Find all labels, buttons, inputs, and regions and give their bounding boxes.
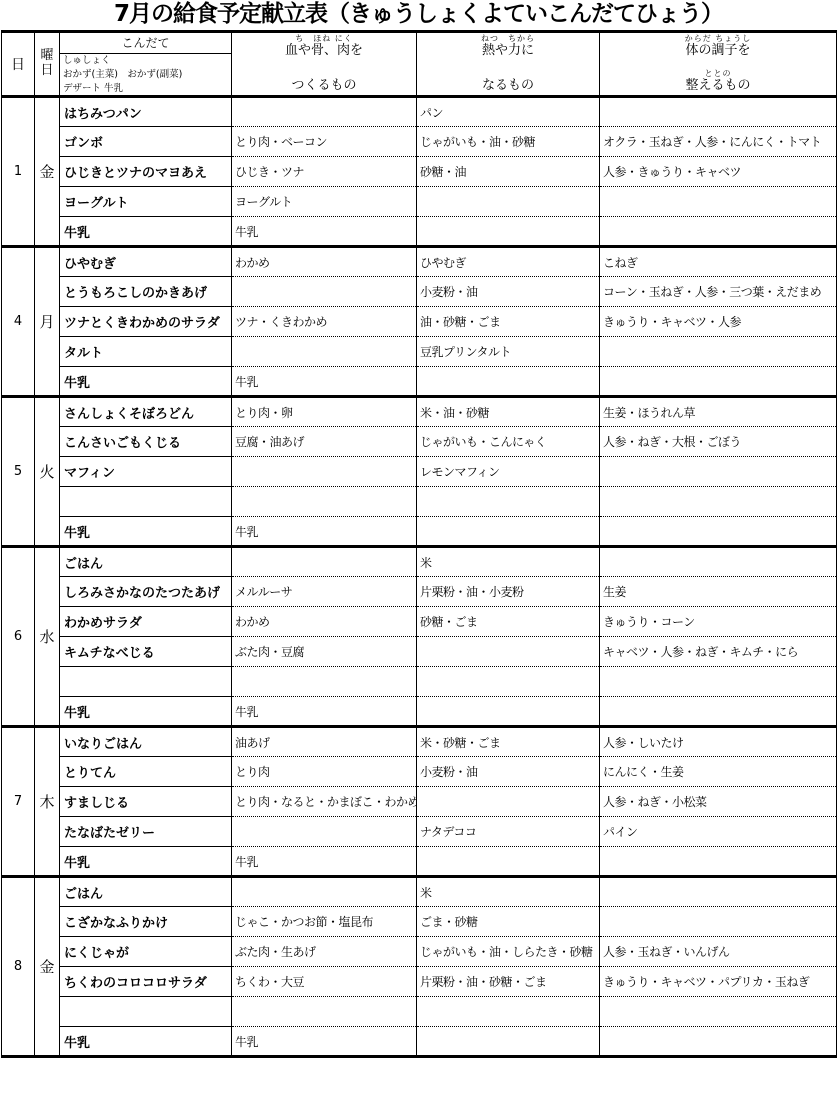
- menu-item-cell: すましじる: [60, 787, 232, 817]
- vitamin-ingredients-cell: [600, 997, 837, 1027]
- energy-ingredients-cell: 片栗粉・油・小麦粉: [417, 577, 600, 607]
- menu-row: 牛乳牛乳: [2, 1027, 837, 1057]
- menu-item-cell: [60, 487, 232, 517]
- menu-row: [2, 487, 837, 517]
- protein-ingredients-cell: メルルーサ: [232, 577, 417, 607]
- menu-row: 牛乳牛乳: [2, 217, 837, 247]
- vitamin-ingredients-cell: こねぎ: [600, 247, 837, 277]
- header-energy-furigana: ねつ ちから: [481, 34, 535, 43]
- day-number-cell: 1: [2, 97, 35, 247]
- vitamin-ingredients-cell: [600, 697, 837, 727]
- vitamin-ingredients-cell: [600, 517, 837, 547]
- energy-ingredients-cell: [417, 847, 600, 877]
- menu-row: しろみさかなのたつたあげメルルーサ片栗粉・油・小麦粉生姜: [2, 577, 837, 607]
- energy-ingredients-cell: [417, 997, 600, 1027]
- protein-ingredients-cell: [232, 457, 417, 487]
- vitamin-ingredients-cell: 生姜: [600, 577, 837, 607]
- energy-ingredients-cell: [417, 517, 600, 547]
- menu-item-cell: とうもろこしのかきあげ: [60, 277, 232, 307]
- header-energy-column: ねつ ちから 熱や力に なるもの: [417, 32, 600, 97]
- protein-ingredients-cell: [232, 337, 417, 367]
- protein-ingredients-cell: ぶた肉・生あげ: [232, 937, 417, 967]
- menu-row: マフィンレモンマフィン: [2, 457, 837, 487]
- energy-ingredients-cell: 片栗粉・油・砂糖・ごま: [417, 967, 600, 997]
- vitamin-ingredients-cell: [600, 367, 837, 397]
- menu-row: 6水ごはん米: [2, 547, 837, 577]
- menu-item-cell: ごはん: [60, 877, 232, 907]
- menu-item-cell: いなりごはん: [60, 727, 232, 757]
- protein-ingredients-cell: 豆腐・油あげ: [232, 427, 417, 457]
- menu-item-cell: ごはん: [60, 547, 232, 577]
- day-number-cell: 7: [2, 727, 35, 877]
- header-protein-furigana: ち ほね にく: [295, 34, 353, 43]
- energy-ingredients-cell: レモンマフィン: [417, 457, 600, 487]
- energy-ingredients-cell: 小麦粉・油: [417, 277, 600, 307]
- page-title: 7月の給食予定献立表（きゅうしょくよていこんだてひょう）: [0, 0, 837, 30]
- header-vitamin-line2: 整えるもの: [685, 78, 750, 93]
- menu-item-cell: しろみさかなのたつたあげ: [60, 577, 232, 607]
- menu-row: キムチなべじるぶた肉・豆腐キャベツ・人参・ねぎ・キムチ・にら: [2, 637, 837, 667]
- energy-ingredients-cell: [417, 637, 600, 667]
- protein-ingredients-cell: 牛乳: [232, 367, 417, 397]
- menu-row: すましじるとり肉・なると・かまぼこ・わかめ人参・ねぎ・小松菜: [2, 787, 837, 817]
- protein-ingredients-cell: ヨーグルト: [232, 187, 417, 217]
- menu-item-cell: こざかなふりかけ: [60, 907, 232, 937]
- energy-ingredients-cell: ナタデココ: [417, 817, 600, 847]
- menu-item-cell: ひやむぎ: [60, 247, 232, 277]
- header-menu-sub2: おかず(主菜) おかず(副菜): [60, 68, 231, 82]
- menu-row: ひじきとツナのマヨあえひじき・ツナ砂糖・油人参・きゅうり・キャベツ: [2, 157, 837, 187]
- energy-ingredients-cell: 小麦粉・油: [417, 757, 600, 787]
- energy-ingredients-cell: 油・砂糖・ごま: [417, 307, 600, 337]
- energy-ingredients-cell: [417, 787, 600, 817]
- vitamin-ingredients-cell: [600, 337, 837, 367]
- header-protein-line1: 血や骨、肉を: [285, 43, 363, 58]
- menu-row: 牛乳牛乳: [2, 697, 837, 727]
- weekday-cell: 水: [35, 547, 60, 727]
- protein-ingredients-cell: とり肉・ベーコン: [232, 127, 417, 157]
- energy-ingredients-cell: 砂糖・油: [417, 157, 600, 187]
- menu-row: ちくわのコロコロサラダちくわ・大豆片栗粉・油・砂糖・ごまきゅうり・キャベツ・パプ…: [2, 967, 837, 997]
- header-menu: こんだて しゅしょく おかず(主菜) おかず(副菜) デザート 牛乳: [60, 32, 232, 97]
- menu-item-cell: 牛乳: [60, 847, 232, 877]
- vitamin-ingredients-cell: きゅうり・コーン: [600, 607, 837, 637]
- lunch-menu-table: 日 曜 日 こんだて しゅしょく おかず(主菜) おかず(副菜) デザート 牛乳…: [1, 30, 837, 1058]
- protein-ingredients-cell: とり肉・なると・かまぼこ・わかめ: [232, 787, 417, 817]
- protein-ingredients-cell: 牛乳: [232, 697, 417, 727]
- vitamin-ingredients-cell: [600, 187, 837, 217]
- weekday-cell: 木: [35, 727, 60, 877]
- energy-ingredients-cell: じゃがいも・油・砂糖: [417, 127, 600, 157]
- vitamin-ingredients-cell: [600, 907, 837, 937]
- vitamin-ingredients-cell: パイン: [600, 817, 837, 847]
- protein-ingredients-cell: 油あげ: [232, 727, 417, 757]
- menu-item-cell: こんさいごもくじる: [60, 427, 232, 457]
- protein-ingredients-cell: わかめ: [232, 607, 417, 637]
- vitamin-ingredients-cell: 生姜・ほうれん草: [600, 397, 837, 427]
- vitamin-ingredients-cell: 人参・きゅうり・キャベツ: [600, 157, 837, 187]
- menu-row: 1金はちみつパンパン: [2, 97, 837, 127]
- vitamin-ingredients-cell: [600, 487, 837, 517]
- protein-ingredients-cell: 牛乳: [232, 847, 417, 877]
- weekday-cell: 火: [35, 397, 60, 547]
- menu-item-cell: とりてん: [60, 757, 232, 787]
- vitamin-ingredients-cell: [600, 547, 837, 577]
- menu-item-cell: わかめサラダ: [60, 607, 232, 637]
- menu-row: こざかなふりかけじゃこ・かつお節・塩昆布ごま・砂糖: [2, 907, 837, 937]
- menu-item-cell: [60, 997, 232, 1027]
- energy-ingredients-cell: 米・油・砂糖: [417, 397, 600, 427]
- protein-ingredients-cell: [232, 547, 417, 577]
- protein-ingredients-cell: 牛乳: [232, 517, 417, 547]
- menu-item-cell: 牛乳: [60, 697, 232, 727]
- vitamin-ingredients-cell: [600, 1027, 837, 1057]
- vitamin-ingredients-cell: きゅうり・キャベツ・人参: [600, 307, 837, 337]
- menu-row: わかめサラダわかめ砂糖・ごまきゅうり・コーン: [2, 607, 837, 637]
- header-vitamin-column: からだ ちょうし 体の調子を ととの 整えるもの: [600, 32, 837, 97]
- energy-ingredients-cell: [417, 667, 600, 697]
- energy-ingredients-cell: [417, 367, 600, 397]
- protein-ingredients-cell: ぶた肉・豆腐: [232, 637, 417, 667]
- menu-row: [2, 997, 837, 1027]
- energy-ingredients-cell: 砂糖・ごま: [417, 607, 600, 637]
- menu-item-cell: たなばたゼリー: [60, 817, 232, 847]
- protein-ingredients-cell: とり肉・卵: [232, 397, 417, 427]
- weekday-cell: 月: [35, 247, 60, 397]
- energy-ingredients-cell: じゃがいも・こんにゃく: [417, 427, 600, 457]
- vitamin-ingredients-cell: オクラ・玉ねぎ・人参・にんにく・トマト: [600, 127, 837, 157]
- header-energy-line1: 熱や力に: [482, 43, 534, 58]
- menu-row: 牛乳牛乳: [2, 847, 837, 877]
- menu-item-cell: キムチなべじる: [60, 637, 232, 667]
- menu-item-cell: 牛乳: [60, 517, 232, 547]
- menu-row: [2, 667, 837, 697]
- protein-ingredients-cell: ちくわ・大豆: [232, 967, 417, 997]
- energy-ingredients-cell: [417, 487, 600, 517]
- day-number-cell: 5: [2, 397, 35, 547]
- header-menu-sub3: デザート 牛乳: [60, 82, 231, 96]
- menu-item-cell: はちみつパン: [60, 97, 232, 127]
- menu-item-cell: [60, 667, 232, 697]
- header-vitamin-furigana: からだ ちょうし: [685, 34, 752, 43]
- energy-ingredients-cell: ごま・砂糖: [417, 907, 600, 937]
- vitamin-ingredients-cell: [600, 457, 837, 487]
- header-weekday: 曜 日: [35, 32, 60, 97]
- menu-row: たなばたゼリーナタデココパイン: [2, 817, 837, 847]
- menu-item-cell: マフィン: [60, 457, 232, 487]
- menu-row: 5火さんしょくそぼろどんとり肉・卵米・油・砂糖生姜・ほうれん草: [2, 397, 837, 427]
- menu-row: タルト豆乳プリンタルト: [2, 337, 837, 367]
- vitamin-ingredients-cell: [600, 97, 837, 127]
- table-header: 日 曜 日 こんだて しゅしょく おかず(主菜) おかず(副菜) デザート 牛乳…: [2, 32, 837, 97]
- day-number-cell: 4: [2, 247, 35, 397]
- energy-ingredients-cell: 米: [417, 547, 600, 577]
- menu-item-cell: さんしょくそぼろどん: [60, 397, 232, 427]
- header-energy-line2: なるもの: [482, 78, 534, 93]
- menu-item-cell: ちくわのコロコロサラダ: [60, 967, 232, 997]
- vitamin-ingredients-cell: [600, 877, 837, 907]
- menu-row: こんさいごもくじる豆腐・油あげじゃがいも・こんにゃく人参・ねぎ・大根・ごぼう: [2, 427, 837, 457]
- vitamin-ingredients-cell: 人参・ねぎ・小松菜: [600, 787, 837, 817]
- menu-item-cell: ツナとくきわかめのサラダ: [60, 307, 232, 337]
- energy-ingredients-cell: [417, 1027, 600, 1057]
- menu-row: 牛乳牛乳: [2, 517, 837, 547]
- protein-ingredients-cell: 牛乳: [232, 1027, 417, 1057]
- protein-ingredients-cell: [232, 97, 417, 127]
- menu-row: 7木いなりごはん油あげ米・砂糖・ごま人参・しいたけ: [2, 727, 837, 757]
- header-protein-column: ち ほね にく 血や骨、肉を つくるもの: [232, 32, 417, 97]
- energy-ingredients-cell: じゃがいも・油・しらたき・砂糖: [417, 937, 600, 967]
- menu-row: 4月ひやむぎわかめひやむぎこねぎ: [2, 247, 837, 277]
- day-number-cell: 6: [2, 547, 35, 727]
- protein-ingredients-cell: [232, 487, 417, 517]
- menu-row: ヨーグルトヨーグルト: [2, 187, 837, 217]
- protein-ingredients-cell: [232, 997, 417, 1027]
- menu-row: とうもろこしのかきあげ小麦粉・油コーン・玉ねぎ・人参・三つ葉・えだまめ: [2, 277, 837, 307]
- weekday-cell: 金: [35, 877, 60, 1057]
- energy-ingredients-cell: ひやむぎ: [417, 247, 600, 277]
- vitamin-ingredients-cell: きゅうり・キャベツ・パプリカ・玉ねぎ: [600, 967, 837, 997]
- menu-item-cell: 牛乳: [60, 1027, 232, 1057]
- header-weekday-bottom: 日: [35, 64, 59, 79]
- header-day: 日: [2, 32, 35, 97]
- menu-item-cell: にくじゃが: [60, 937, 232, 967]
- header-protein-line2: つくるもの: [291, 78, 356, 93]
- menu-row: とりてんとり肉小麦粉・油にんにく・生姜: [2, 757, 837, 787]
- menu-row: 8金ごはん米: [2, 877, 837, 907]
- protein-ingredients-cell: じゃこ・かつお節・塩昆布: [232, 907, 417, 937]
- weekday-cell: 金: [35, 97, 60, 247]
- energy-ingredients-cell: 米・砂糖・ごま: [417, 727, 600, 757]
- menu-item-cell: タルト: [60, 337, 232, 367]
- protein-ingredients-cell: ツナ・くきわかめ: [232, 307, 417, 337]
- energy-ingredients-cell: [417, 697, 600, 727]
- menu-item-cell: 牛乳: [60, 217, 232, 247]
- protein-ingredients-cell: [232, 667, 417, 697]
- menu-table-body: 1金はちみつパンパンゴンボとり肉・ベーコンじゃがいも・油・砂糖オクラ・玉ねぎ・人…: [2, 97, 837, 1057]
- menu-row: にくじゃがぶた肉・生あげじゃがいも・油・しらたき・砂糖人参・玉ねぎ・いんげん: [2, 937, 837, 967]
- energy-ingredients-cell: 米: [417, 877, 600, 907]
- energy-ingredients-cell: 豆乳プリンタルト: [417, 337, 600, 367]
- header-menu-sub1: しゅしょく: [60, 54, 231, 68]
- vitamin-ingredients-cell: コーン・玉ねぎ・人参・三つ葉・えだまめ: [600, 277, 837, 307]
- vitamin-ingredients-cell: 人参・しいたけ: [600, 727, 837, 757]
- energy-ingredients-cell: パン: [417, 97, 600, 127]
- protein-ingredients-cell: [232, 277, 417, 307]
- menu-item-cell: ひじきとツナのマヨあえ: [60, 157, 232, 187]
- energy-ingredients-cell: [417, 217, 600, 247]
- vitamin-ingredients-cell: キャベツ・人参・ねぎ・キムチ・にら: [600, 637, 837, 667]
- vitamin-ingredients-cell: [600, 847, 837, 877]
- menu-row: ツナとくきわかめのサラダツナ・くきわかめ油・砂糖・ごまきゅうり・キャベツ・人参: [2, 307, 837, 337]
- protein-ingredients-cell: ひじき・ツナ: [232, 157, 417, 187]
- protein-ingredients-cell: わかめ: [232, 247, 417, 277]
- vitamin-ingredients-cell: にんにく・生姜: [600, 757, 837, 787]
- menu-row: 牛乳牛乳: [2, 367, 837, 397]
- menu-row: ゴンボとり肉・ベーコンじゃがいも・油・砂糖オクラ・玉ねぎ・人参・にんにく・トマト: [2, 127, 837, 157]
- vitamin-ingredients-cell: 人参・ねぎ・大根・ごぼう: [600, 427, 837, 457]
- day-number-cell: 8: [2, 877, 35, 1057]
- vitamin-ingredients-cell: [600, 217, 837, 247]
- header-weekday-top: 曜: [35, 49, 59, 64]
- header-vitamin-line1: 体の調子を: [685, 43, 750, 58]
- vitamin-ingredients-cell: [600, 667, 837, 697]
- menu-item-cell: ヨーグルト: [60, 187, 232, 217]
- header-menu-title: こんだて: [60, 33, 231, 54]
- protein-ingredients-cell: とり肉: [232, 757, 417, 787]
- vitamin-ingredients-cell: 人参・玉ねぎ・いんげん: [600, 937, 837, 967]
- protein-ingredients-cell: [232, 877, 417, 907]
- menu-item-cell: 牛乳: [60, 367, 232, 397]
- protein-ingredients-cell: 牛乳: [232, 217, 417, 247]
- protein-ingredients-cell: [232, 817, 417, 847]
- energy-ingredients-cell: [417, 187, 600, 217]
- menu-item-cell: ゴンボ: [60, 127, 232, 157]
